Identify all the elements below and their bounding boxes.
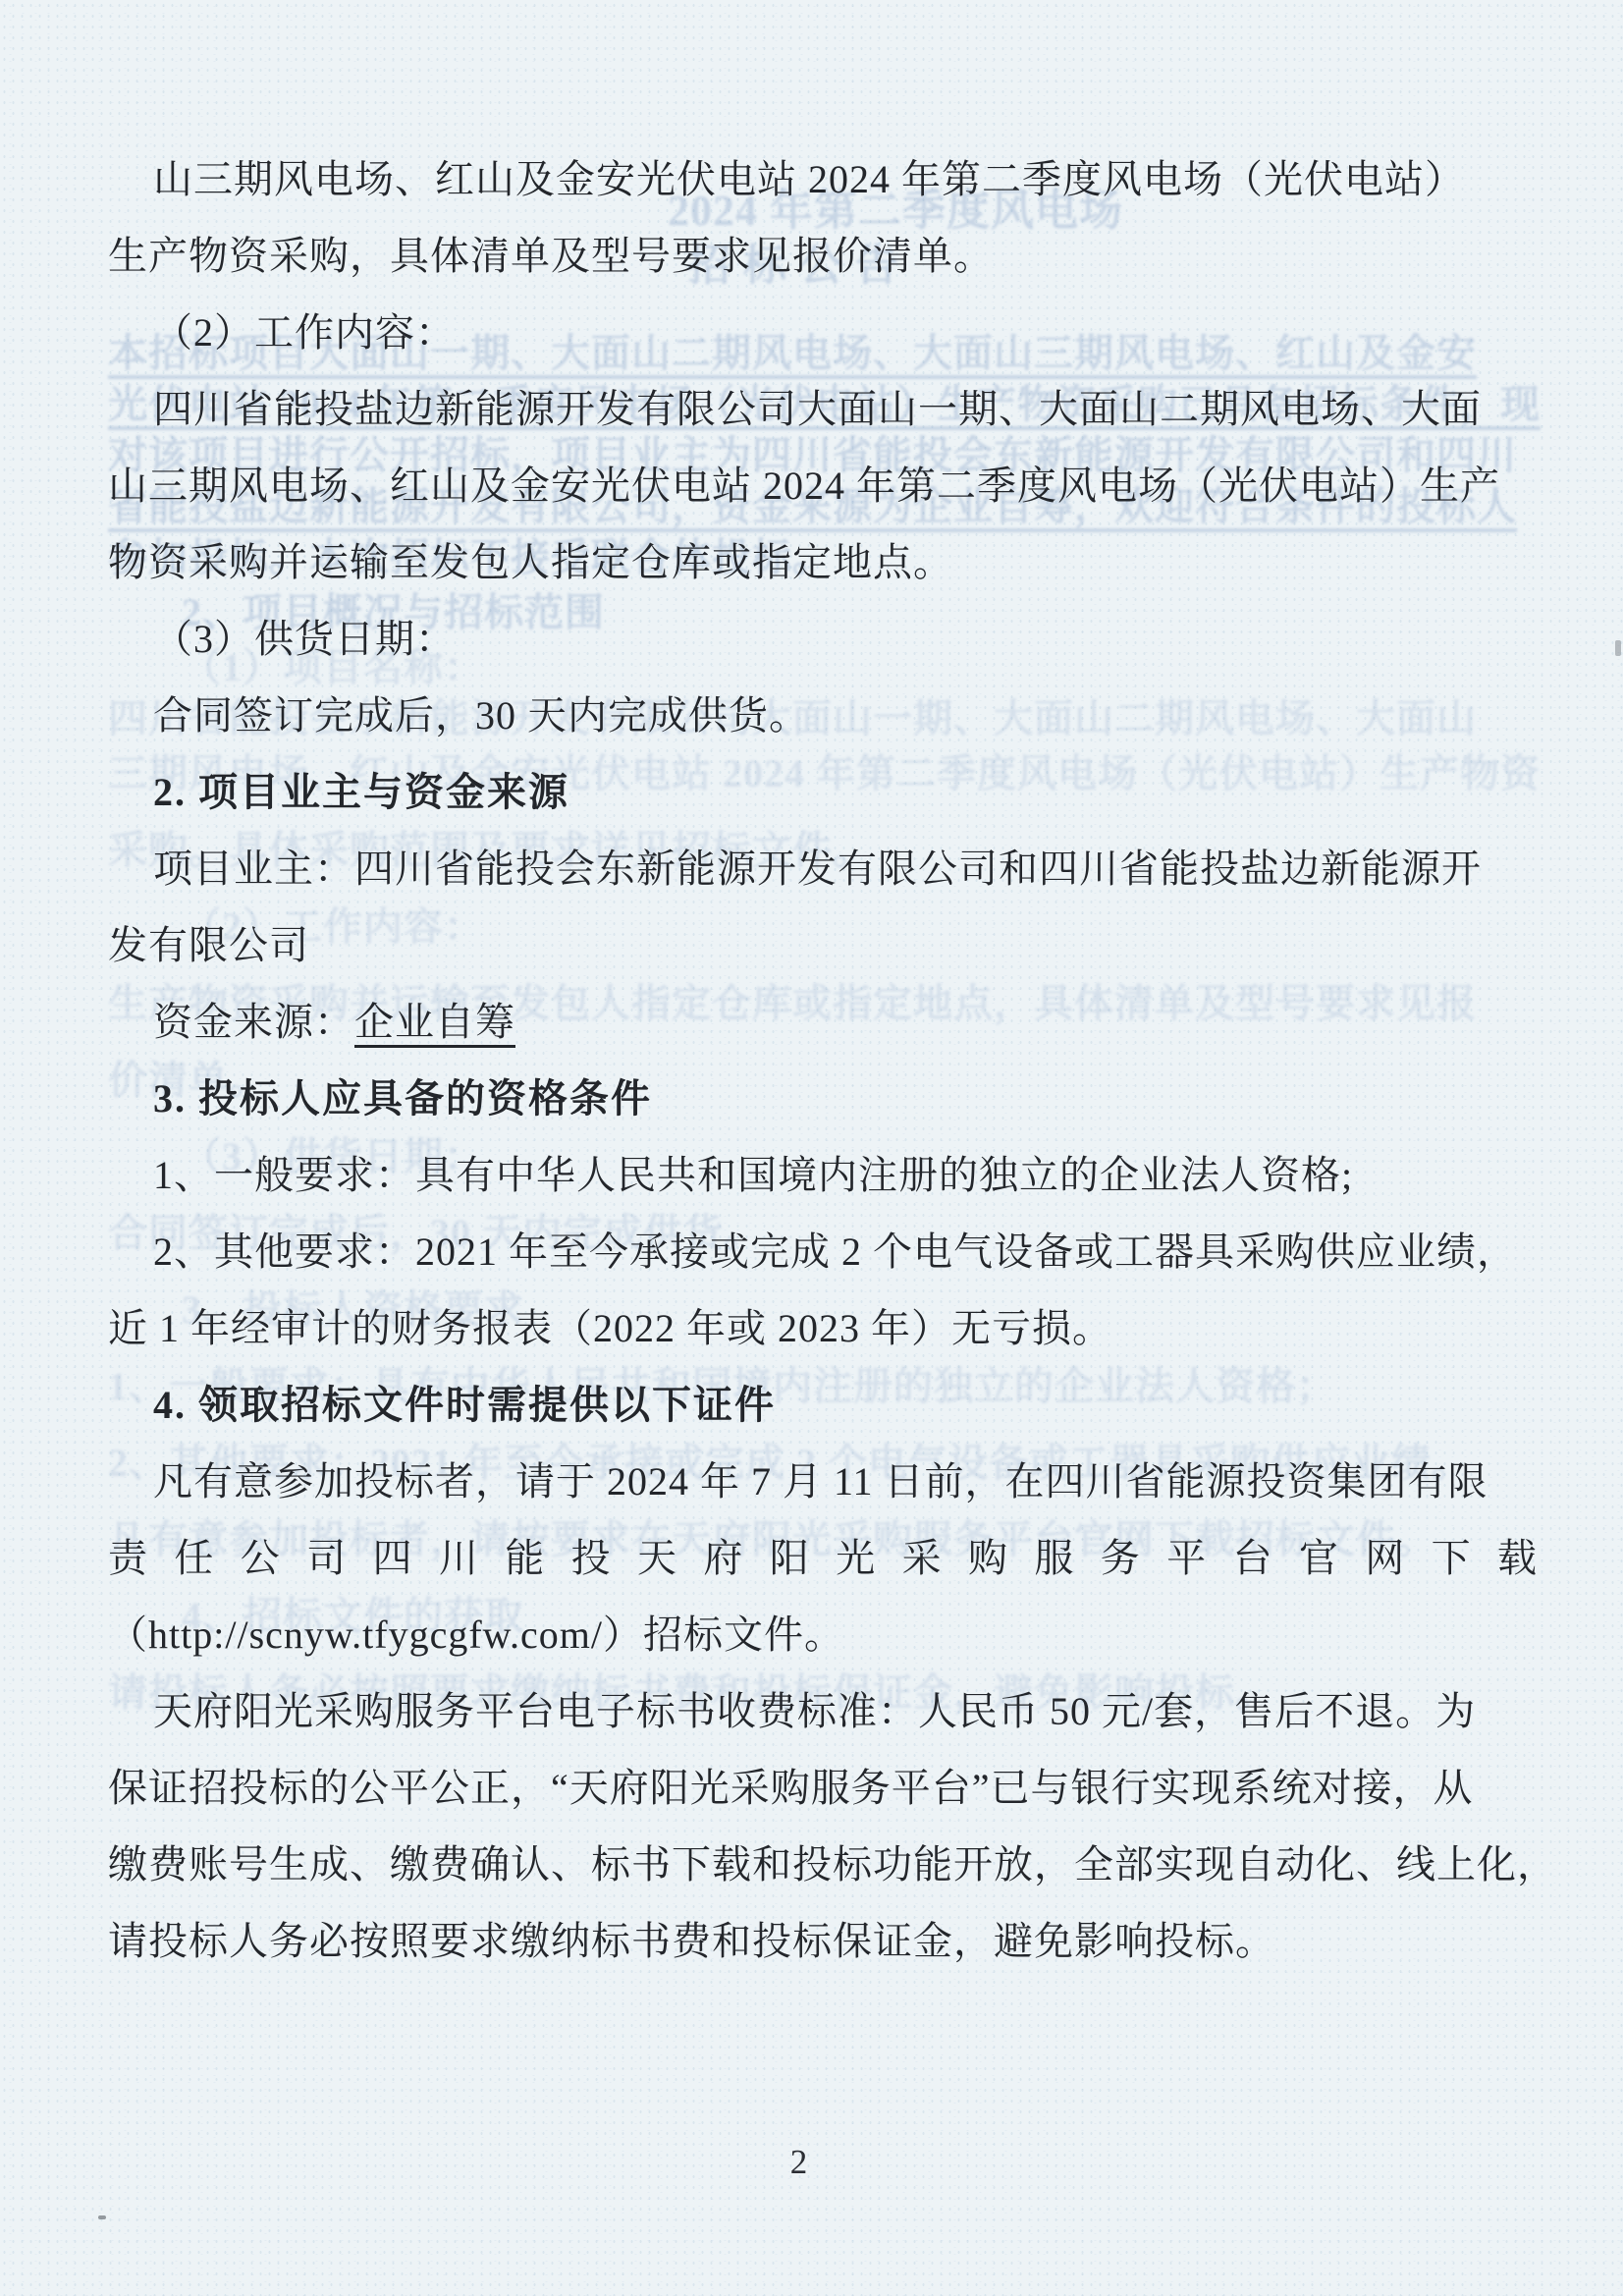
text-line: （2）工作内容： — [108, 295, 1537, 371]
underlined-text: 企业自筹 — [354, 1000, 515, 1044]
text-line: 资金来源：企业自筹 — [108, 984, 1537, 1061]
text-line: 生产物资采购，具体清单及型号要求见报价清单。 — [108, 218, 1537, 295]
text-line: 合同签订完成后，30 天内完成供货。 — [108, 678, 1537, 754]
text-line: 2、其他要求：2021 年至今承接或完成 2 个电气设备或工器具采购供应业绩， — [108, 1214, 1537, 1290]
text-line: （http://scnyw.tfygcgfw.com/）招标文件。 — [108, 1597, 1537, 1673]
text-line: 发有限公司 — [108, 907, 1537, 984]
text-fragment: 资金来源： — [153, 1000, 354, 1044]
text-line: 项目业主：四川省能投会东新能源开发有限公司和四川省能投盐边新能源开 — [108, 831, 1537, 907]
text-line: 天府阳光采购服务平台电子标书收费标准：人民币 50 元/套，售后不退。为 — [108, 1673, 1537, 1750]
section-heading-line: 4. 领取招标文件时需提供以下证件 — [108, 1367, 1537, 1444]
text-line: 请投标人务必按照要求缴纳标书费和投标保证金，避免影响投标。 — [108, 1903, 1537, 1980]
section-heading-line: 3. 投标人应具备的资格条件 — [108, 1061, 1537, 1137]
text-line: 近 1 年经审计的财务报表（2022 年或 2023 年）无亏损。 — [108, 1290, 1537, 1367]
document-page: 2024 年第二季度风电场招 标 公 告本招标项目大面山一期、大面山二期风电场、… — [0, 0, 1623, 2296]
text-line: （3）供货日期： — [108, 601, 1537, 678]
text-line: 四川省能投盐边新能源开发有限公司大面山一期、大面山二期风电场、大面 — [108, 371, 1537, 448]
text-line: 山三期风电场、红山及金安光伏电站 2024 年第二季度风电场（光伏电站） — [108, 141, 1537, 218]
text-line: 凡有意参加投标者，请于 2024 年 7 月 11 日前，在四川省能源投资集团有… — [108, 1444, 1537, 1520]
text-line: 责任公司四川能投天府阳光采购服务平台官网下载 — [108, 1520, 1537, 1597]
scan-speck — [98, 2215, 106, 2219]
scan-speck — [1615, 640, 1621, 656]
text-line: 物资采购并运输至发包人指定仓库或指定地点。 — [108, 524, 1537, 601]
text-line: 保证招投标的公平公正，“天府阳光采购服务平台”已与银行实现系统对接，从 — [108, 1750, 1537, 1827]
page-number: 2 — [0, 2143, 1597, 2182]
document-body: 山三期风电场、红山及金安光伏电站 2024 年第二季度风电场（光伏电站）生产物资… — [0, 0, 1623, 1980]
text-line: 山三期风电场、红山及金安光伏电站 2024 年第二季度风电场（光伏电站）生产 — [108, 448, 1537, 524]
text-line: 1、一般要求：具有中华人民共和国境内注册的独立的企业法人资格; — [108, 1137, 1537, 1214]
section-heading-line: 2. 项目业主与资金来源 — [108, 754, 1537, 831]
text-line: 缴费账号生成、缴费确认、标书下载和投标功能开放，全部实现自动化、线上化， — [108, 1827, 1537, 1903]
